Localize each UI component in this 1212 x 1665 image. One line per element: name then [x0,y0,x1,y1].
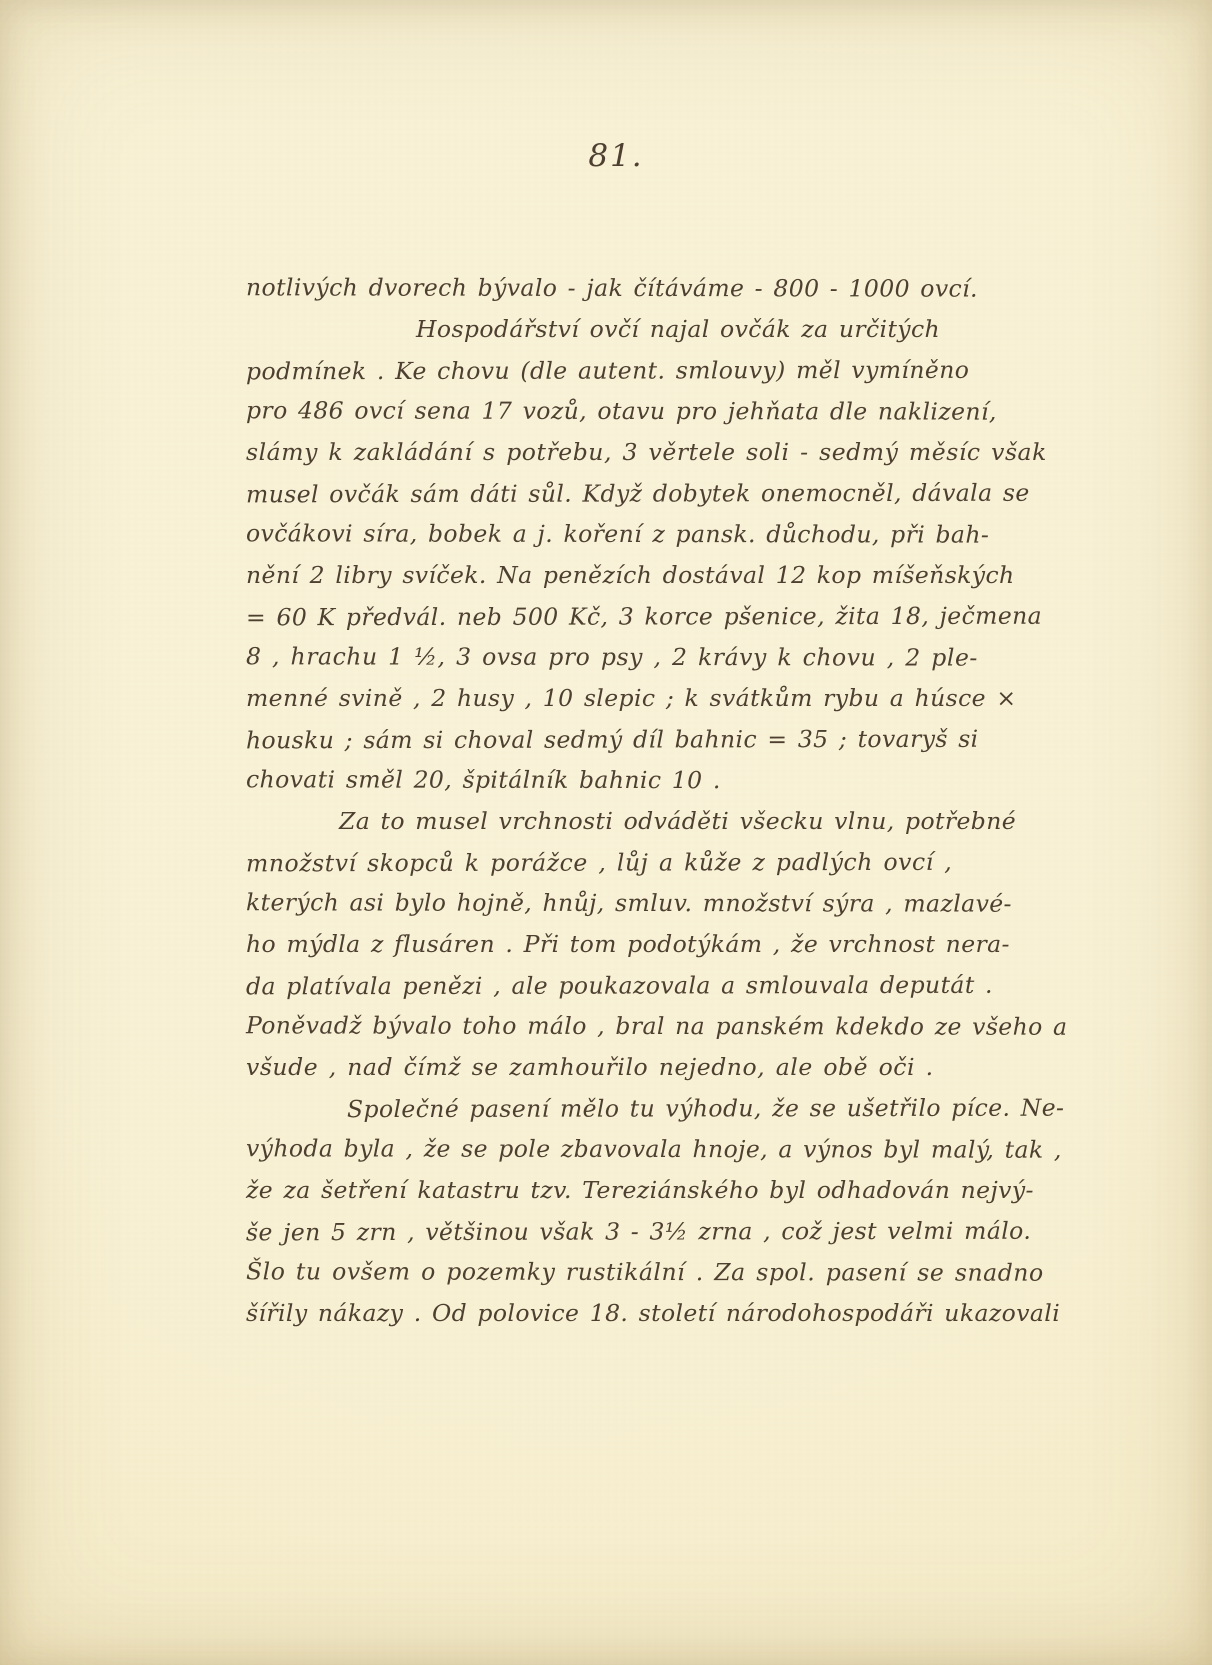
manuscript-line: slámy k zakládání s potřebu, 3 věrtele s… [246,432,1036,473]
manuscript-scan: { "page": { "number": "81." }, "colors":… [0,0,1212,1665]
manuscript-line: Za to musel vrchnosti odváděti všecku vl… [246,801,1036,842]
manuscript-line: musel ovčák sám dáti sůl. Když dobytek o… [246,473,1036,516]
manuscript-line: housku ; sám si choval sedmý díl bahnic … [246,719,1036,762]
manuscript-line: nění 2 libry svíček. Na penězích dostáva… [246,555,1036,596]
manuscript-line: Hospodářství ovčí najal ovčák za určitýc… [246,309,1036,350]
manuscript-line: šířily nákazy . Od polovice 18. století … [246,1293,1036,1334]
manuscript-line: všude , nad čímž se zamhouřilo nejedno, … [246,1047,1036,1088]
manuscript-line: Šlo tu ovšem o pozemky rustikální . Za s… [246,1251,1036,1293]
manuscript-line: podmínek . Ke chovu (dle autent. smlouvy… [246,350,1036,393]
manuscript-line: da platívala penězi , ale poukazovala a … [246,965,1036,1008]
manuscript-line: výhoda byla , že se pole zbavovala hnoje… [246,1128,1036,1170]
manuscript-text-block: notlivých dvorech bývalo - jak čítáváme … [246,268,1036,1334]
manuscript-line: množství skopců k porážce , lůj a kůže z… [246,842,1036,885]
page-number: 81. [10,138,1212,174]
manuscript-line: že za šetření katastru tzv. Tereziánskéh… [246,1170,1036,1211]
manuscript-line: ho mýdla z flusáren . Při tom podotýkám … [246,924,1036,965]
manuscript-line: notlivých dvorech bývalo - jak čítáváme … [246,267,1036,309]
manuscript-line: = 60 K předvál. neb 500 Kč, 3 korce pšen… [246,596,1036,639]
manuscript-line: 8 , hrachu 1 ½, 3 ovsa pro psy , 2 krávy… [246,636,1036,678]
manuscript-line: Společné pasení mělo tu výhodu, že se uš… [246,1088,1036,1131]
manuscript-line: ovčákovi síra, bobek a j. koření z pansk… [246,513,1036,555]
manuscript-line: pro 486 ovcí sena 17 vozů, otavu pro jeh… [246,390,1036,432]
manuscript-line: kterých asi bylo hojně, hnůj, smluv. mno… [246,882,1036,924]
manuscript-line: Poněvadž bývalo toho málo , bral na pans… [246,1005,1036,1047]
manuscript-line: chovati směl 20, špitálník bahnic 10 . [246,759,1036,801]
manuscript-line: še jen 5 zrn , většinou však 3 - 3½ zrna… [246,1211,1036,1254]
manuscript-line: menné svině , 2 husy , 10 slepic ; k svá… [246,678,1036,719]
